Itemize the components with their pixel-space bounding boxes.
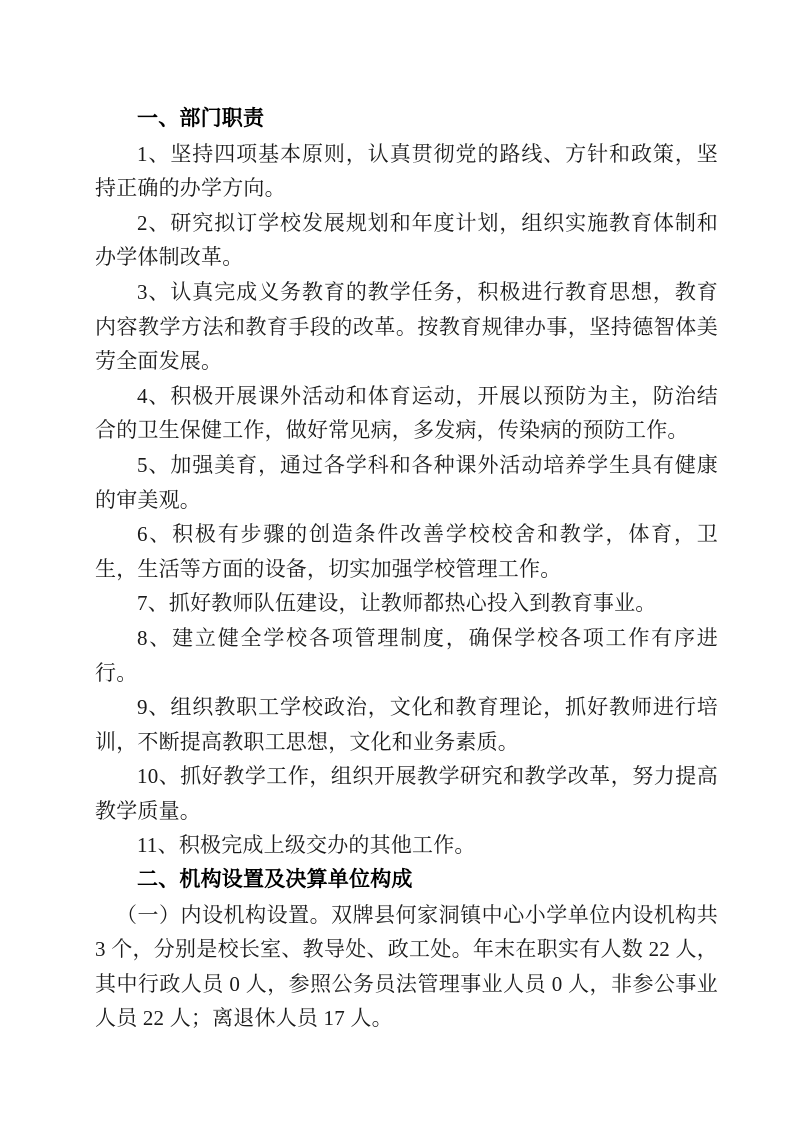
duty-item-1: 1、坚持四项基本原则，认真贯彻党的路线、方针和政策，坚持正确的办学方向。 [95,137,718,206]
duty-item-6: 6、积极有步骤的创造条件改善学校校舍和教学，体育，卫生，生活等方面的设备，切实加… [95,517,718,586]
section-heading-duties: 一、部门职责 [95,102,718,137]
duty-item-3: 3、认真完成义务教育的教学任务，积极进行教育思想，教育内容教学方法和教育手段的改… [95,275,718,379]
duty-item-2: 2、研究拟订学校发展规划和年度计划，组织实施教育体制和办学体制改革。 [95,206,718,275]
duty-item-5: 5、加强美育，通过各学科和各种课外活动培养学生具有健康的审美观。 [95,448,718,517]
duty-item-11: 11、积极完成上级交办的其他工作。 [95,828,718,863]
section-heading-org: 二、机构设置及决算单位构成 [95,863,718,898]
duty-item-10: 10、抓好教学工作，组织开展教学研究和教学改革，努力提高教学质量。 [95,759,718,828]
duty-item-8: 8、建立健全学校各项管理制度，确保学校各项工作有序进行。 [95,621,718,690]
document-page: 一、部门职责 1、坚持四项基本原则，认真贯彻党的路线、方针和政策，坚持正确的办学… [0,0,793,1122]
duty-item-9: 9、组织教职工学校政治，文化和教育理论，抓好教师进行培训，不断提高教职工思想，文… [95,690,718,759]
duty-item-7: 7、抓好教师队伍建设，让教师都热心投入到教育事业。 [95,586,718,621]
duty-item-4: 4、积极开展课外活动和体育运动，开展以预防为主，防治结合的卫生保健工作，做好常见… [95,379,718,448]
org-setup-paragraph: （一）内设机构设置。双牌县何家洞镇中心小学单位内设机构共 3 个，分别是校长室、… [95,898,718,1036]
